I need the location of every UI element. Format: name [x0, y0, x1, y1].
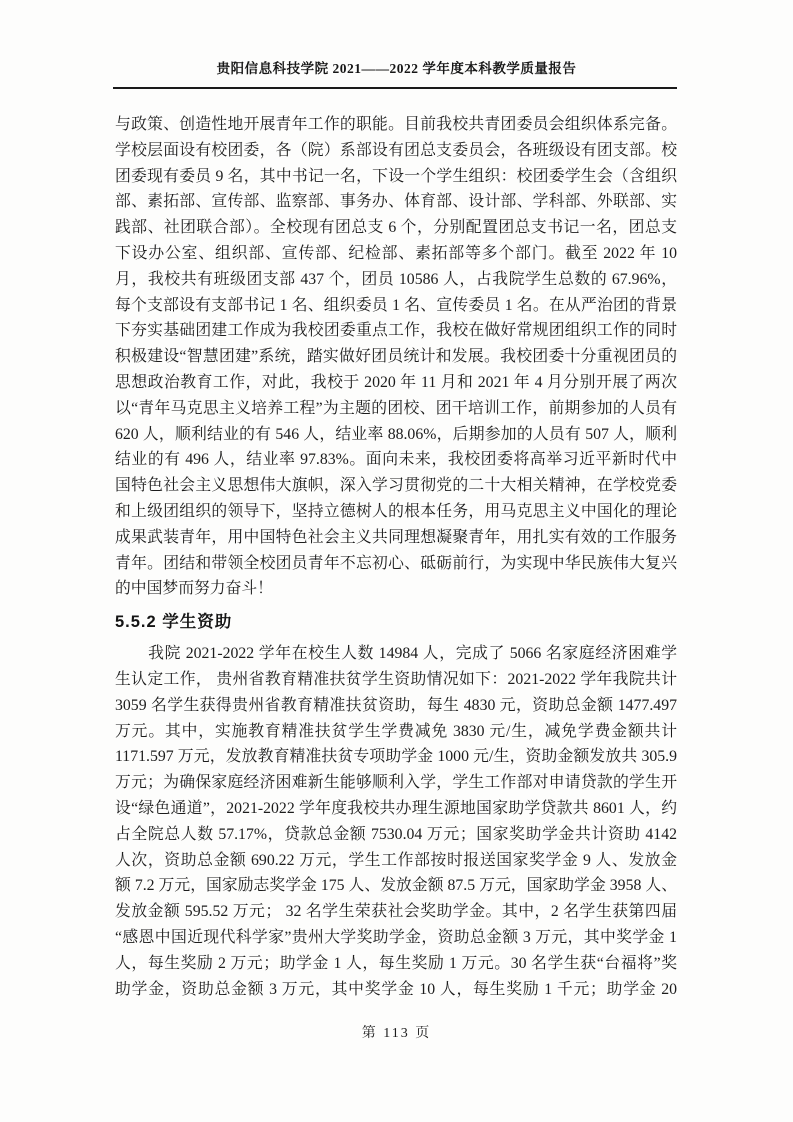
section-heading: 5.5.2 学生资助 [115, 609, 677, 635]
text-line: 国特色社会主义思想伟大旗帜，深入学习贯彻党的二十大相关精神，在学校党委 [115, 473, 677, 499]
text-line: 我院 2021-2022 学年在校生人数 14984 人，完成了 5066 名家… [115, 641, 677, 667]
paragraph-youth-league: 与政策、创造性地开展青年工作的职能。目前我校共青团委员会组织体系完备。 学校层面… [115, 112, 677, 602]
page-footer: 第 113 页 [0, 1022, 793, 1042]
text-line: 助学金，资助总金额 3 万元，其中奖学金 10 人，每生奖励 1 千元；助学金 … [115, 977, 677, 1003]
text-line: 万元。其中，实施教育精准扶贫学生学费减免 3830 元/生，减免学费金额共计 [115, 719, 677, 745]
text-line: 的中国梦而努力奋斗！ [115, 576, 677, 602]
text-line: 和上级团组织的领导下，坚持立德树人的根本任务，用马克思主义中国化的理论 [115, 499, 677, 525]
text-line: 积极建设“智慧团建”系统，踏实做好团员统计和发展。我校团委十分重视团员的 [115, 344, 677, 370]
text-line: 青年。团结和带领全校团员青年不忘初心、砥砺前行，为实现中华民族伟大复兴 [115, 551, 677, 577]
text-line: 践部、社团联合部）。全校现有团总支 6 个，分别配置团总支书记一名，团总支 [115, 215, 677, 241]
text-line: 人，每生奖励 2 万元；助学金 1 人，每生奖励 1 万元。30 名学生获“台福… [115, 951, 677, 977]
text-line: 设“绿色通道”，2021-2022 学年度我校共办理生源地国家助学贷款共 860… [115, 796, 677, 822]
document-page: 贵阳信息科技学院 2021——2022 学年度本科教学质量报告 与政策、创造性地… [0, 0, 793, 1122]
text-line: 额 7.2 万元，国家励志奖学金 175 人、发放金额 87.5 万元，国家助学… [115, 873, 677, 899]
text-line: 学校层面设有校团委，各（院）系部设有团总支委员会，各班级设有团支部。校 [115, 138, 677, 164]
text-line: “感恩中国近现代科学家”贵州大学奖助学金，资助总金额 3 万元，其中奖学金 1 [115, 925, 677, 951]
header-rule [113, 87, 677, 89]
text-line: 部、素拓部、宣传部、监察部、事务办、体育部、设计部、学科部、外联部、实 [115, 189, 677, 215]
text-line: 下夯实基础团建工作成为我校团委重点工作，我校在做好常规团组织工作的同时 [115, 318, 677, 344]
page-content: 与政策、创造性地开展青年工作的职能。目前我校共青团委员会组织体系完备。 学校层面… [115, 112, 677, 1002]
text-line: 1171.597 万元，发放教育精准扶贫专项助学金 1000 元/生，资助金额发… [115, 744, 677, 770]
text-line: 结业的有 496 人，结业率 97.83%。面向未来，我校团委将高举习近平新时代… [115, 447, 677, 473]
text-line: 月，我校共有班级团支部 437 个，团员 10586 人，占我院学生总数的 67… [115, 267, 677, 293]
text-line: 与政策、创造性地开展青年工作的职能。目前我校共青团委员会组织体系完备。 [115, 112, 677, 138]
page-header: 贵阳信息科技学院 2021——2022 学年度本科教学质量报告 [0, 57, 793, 77]
text-line: 万元；为确保家庭经济困难新生能够顺利入学，学生工作部对申请贷款的学生开 [115, 770, 677, 796]
text-line: 成果武装青年，用中国特色社会主义共同理想凝聚青年，用扎实有效的工作服务 [115, 525, 677, 551]
text-line: 620 人，顺利结业的有 546 人，结业率 88.06%，后期参加的人员有 5… [115, 422, 677, 448]
text-line: 人次，资助总金额 690.22 万元，学生工作部按时报送国家奖学金 9 人、发放… [115, 848, 677, 874]
text-line: 发放金额 595.52 万元； 32 名学生荣获社会奖助学金。其中，2 名学生获… [115, 899, 677, 925]
text-line: 每个支部设有支部书记 1 名、组织委员 1 名、宣传委员 1 名。在从严治团的背… [115, 293, 677, 319]
text-line: 思想政治教育工作，对此，我校于 2020 年 11 月和 2021 年 4 月分… [115, 370, 677, 396]
text-line: 3059 名学生获得贵州省教育精准扶贫资助，每生 4830 元，资助总金额 14… [115, 693, 677, 719]
text-line: 占全院总人数 57.17%，贷款总金额 7530.04 万元；国家奖助学金共计资… [115, 822, 677, 848]
text-line: 团委现有委员 9 名，其中书记一名，下设一个学生组织：校团委学生会（含组织 [115, 164, 677, 190]
text-line: 以“青年马克思主义培养工程”为主题的团校、团干培训工作，前期参加的人员有 [115, 396, 677, 422]
text-line: 下设办公室、组织部、宣传部、纪检部、素拓部等多个部门。截至 2022 年 10 [115, 241, 677, 267]
paragraph-student-aid: 我院 2021-2022 学年在校生人数 14984 人，完成了 5066 名家… [115, 641, 677, 1002]
text-line: 生认定工作， 贵州省教育精准扶贫学生资助情况如下：2021-2022 学年我院共… [115, 667, 677, 693]
